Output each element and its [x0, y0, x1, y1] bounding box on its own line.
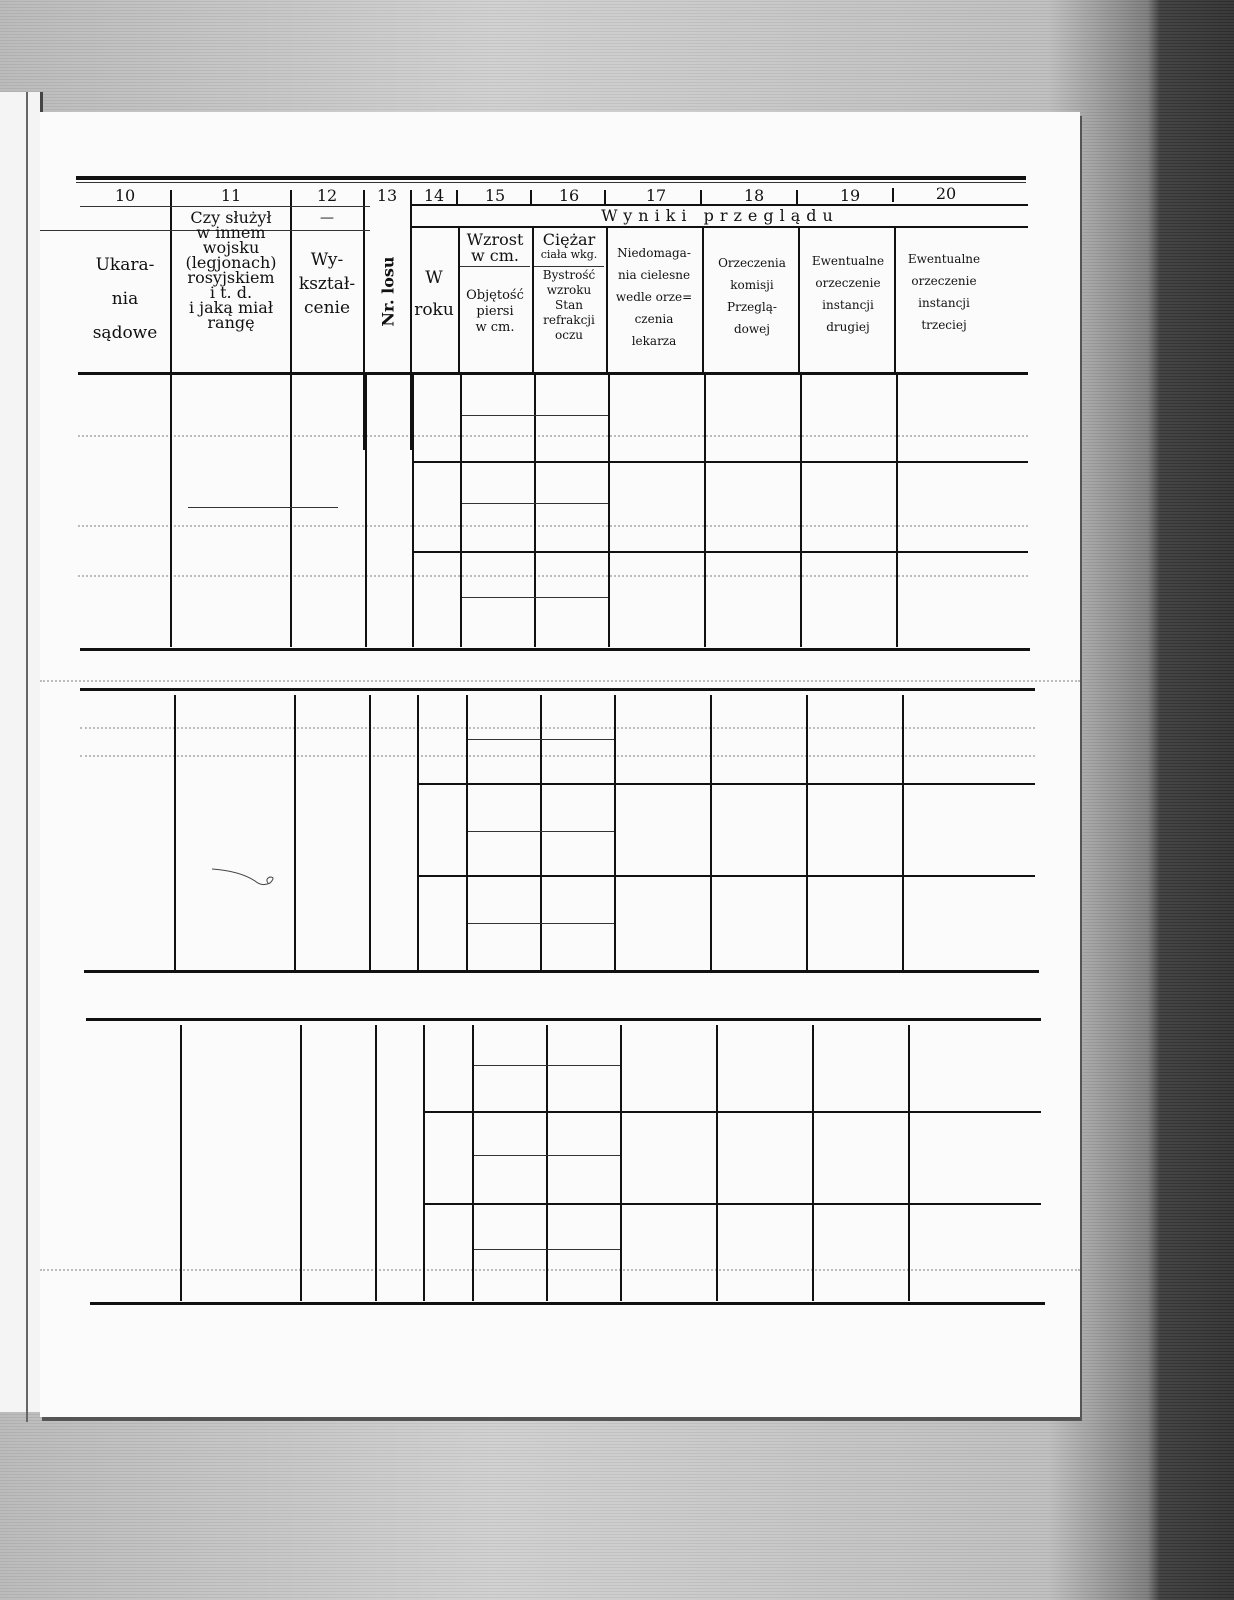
b1-sub-a	[462, 415, 608, 416]
b3-sub-a	[474, 1065, 620, 1066]
header-niedomagania: Niedomaga- nia cielesne wedle orze= czen…	[606, 242, 702, 352]
b1-dotted-3	[78, 575, 1028, 577]
b3-sub-b	[474, 1155, 620, 1156]
b3-v-14	[423, 1025, 425, 1301]
col-num-10: 10	[80, 186, 170, 205]
b2-sub-b	[468, 831, 614, 832]
num-tick-16-17	[604, 190, 606, 204]
b3-mid-1	[425, 1111, 1041, 1113]
header-line: roku	[412, 294, 456, 326]
b3-v-12	[300, 1025, 302, 1301]
header-line: w cm.	[460, 320, 530, 336]
form-page: 10 11 12 13 14 15 16 17 18 19 20 Wyniki …	[40, 112, 1080, 1417]
b2-v-15	[466, 695, 468, 973]
header-line: nia cielesne	[606, 264, 702, 286]
b2-v-20	[902, 695, 904, 973]
entry-block-1[interactable]	[78, 375, 1028, 650]
b1-v-13	[365, 375, 367, 647]
col-num-17: 17	[608, 186, 704, 205]
header-line: Ciężar	[534, 232, 604, 247]
b2-v-16	[540, 695, 542, 973]
col-num-15: 15	[460, 186, 530, 205]
b1-v-18	[704, 375, 706, 647]
gap-dotted-1	[40, 680, 1080, 682]
b1-dotted-2	[78, 525, 1028, 527]
b3-sub-c	[474, 1249, 620, 1250]
col-num-20: 20	[898, 184, 994, 203]
header-nr-losu: Nr. losu	[379, 252, 398, 332]
b1-mid-2	[414, 551, 1028, 553]
section-title-wyniki: Wyniki przeglądu	[412, 206, 1028, 225]
col-num-12: 12	[292, 186, 362, 205]
header-line: Ewentualne	[800, 250, 896, 272]
header-12-mark: —	[292, 210, 362, 226]
b3-v-18	[716, 1025, 718, 1301]
header-line: lekarza	[606, 330, 702, 352]
header-line: komisji	[704, 274, 800, 296]
header-line: sądowe	[80, 316, 170, 350]
header-line: rangę	[172, 315, 290, 330]
section-title-underline	[412, 226, 1028, 228]
col-num-11: 11	[172, 186, 290, 205]
b2-v-14	[417, 695, 419, 973]
top-rule-thin	[76, 182, 1026, 183]
entry-block-3[interactable]	[86, 1021, 1041, 1303]
header-line: trzeciej	[896, 314, 992, 336]
col-num-13: 13	[365, 186, 409, 205]
header-instancja-trzecia: Ewentualne orzeczenie instancji trzeciej	[896, 248, 992, 336]
b1-mid-1	[414, 461, 1028, 463]
hdr-sep-19-20	[894, 228, 896, 374]
header-ukarania: Ukara- nia sądowe	[80, 248, 170, 350]
hdr-sep-14-15	[458, 228, 460, 374]
b2-v-11	[174, 695, 176, 973]
header-wyksztalcenie: Wy- kształ- cenie	[292, 248, 362, 320]
header-line: Orzeczenia	[704, 252, 800, 274]
b2-sub-a	[468, 739, 614, 740]
b2-v-12	[294, 695, 296, 973]
header-orzeczenia-komisji: Orzeczenia komisji Przeglą- dowej	[704, 252, 800, 340]
col-num-14: 14	[412, 186, 456, 205]
b2-mid-1	[419, 783, 1035, 785]
header-line: drugiej	[800, 316, 896, 338]
col-num-19: 19	[802, 186, 898, 205]
header-line: Ukara-	[80, 248, 170, 282]
num-tick-15-16	[530, 190, 532, 204]
header-line: Niedomaga-	[606, 242, 702, 264]
block1-bottom-rule	[80, 648, 1030, 651]
b2-v-17	[614, 695, 616, 973]
block2-bottom-rule	[84, 970, 1039, 973]
b3-v-13	[375, 1025, 377, 1301]
header-line: wzroku	[534, 283, 604, 298]
b3-mid-2	[425, 1203, 1041, 1205]
block3-bottom-rule	[90, 1302, 1045, 1305]
b3-v-17	[620, 1025, 622, 1301]
header-line: w cm.	[460, 248, 530, 264]
b1-v-17	[608, 375, 610, 647]
header-ciezar: Ciężar ciała wkg.	[534, 232, 604, 262]
header-line: orzeczenie	[800, 272, 896, 294]
header-line: Przeglą-	[704, 296, 800, 318]
col16-divider	[534, 266, 604, 267]
header-line: dowej	[704, 318, 800, 340]
b1-sub-11	[188, 507, 338, 508]
header-line: oczu	[534, 328, 604, 343]
b3-v-15	[472, 1025, 474, 1301]
header-line: cenie	[292, 296, 362, 320]
header-line: Objętość	[460, 288, 530, 304]
header-objetosc: Objętość piersi w cm.	[460, 288, 530, 336]
header-line: orzeczenie	[896, 270, 992, 292]
b1-v-19	[800, 375, 802, 647]
num-tick-14-15	[456, 190, 458, 204]
header-line: kształ-	[292, 272, 362, 296]
b3-v-11	[180, 1025, 182, 1301]
underlying-page-edge-2	[0, 92, 28, 1422]
header-line: czenia	[606, 308, 702, 330]
b1-sub-b	[462, 503, 608, 504]
hdr-sep-17-18	[702, 228, 704, 374]
b2-dotted-2	[80, 755, 1035, 757]
num-tick-18-19	[796, 190, 798, 204]
b2-v-13	[369, 695, 371, 973]
b2-mid-2	[419, 875, 1035, 877]
top-rule	[76, 176, 1026, 180]
header-line: nia	[80, 282, 170, 316]
b2-v-18	[710, 695, 712, 973]
col15-divider	[460, 266, 530, 267]
hdr-sep-15-16	[532, 228, 534, 374]
header-line: ciała wkg.	[534, 247, 604, 262]
b3-dotted-1	[40, 1269, 1080, 1271]
header-line: Wy-	[292, 248, 362, 272]
header-line: instancji	[896, 292, 992, 314]
b1-sub-c	[462, 597, 608, 598]
header-line: Bystrość	[534, 268, 604, 283]
header-sluzyl: Czy służył w innem wojsku (legjonach) ro…	[172, 210, 290, 330]
header-line: refrakcji	[534, 313, 604, 328]
num-tick-17-18	[700, 190, 702, 204]
b1-dotted-1	[78, 435, 1028, 437]
entry-block-2[interactable]	[80, 691, 1035, 971]
b2-sub-c	[468, 923, 614, 924]
header-w-roku: W roku	[412, 262, 456, 326]
b3-v-20	[908, 1025, 910, 1301]
pencil-scribble	[210, 863, 290, 893]
num-underline-left	[80, 206, 370, 207]
header-bystrosc: Bystrość wzroku Stan refrakcji oczu	[534, 268, 604, 343]
b2-dotted-1	[80, 727, 1035, 729]
header-line: instancji	[800, 294, 896, 316]
header-line: piersi	[460, 304, 530, 320]
header-line: wedle orze=	[606, 286, 702, 308]
header-line: W	[412, 262, 456, 294]
hdr-sep-16-17	[606, 228, 608, 374]
b1-v-14	[412, 375, 414, 647]
b1-v-11	[170, 375, 172, 647]
b3-v-19	[812, 1025, 814, 1301]
header-wzrost: Wzrost w cm.	[460, 232, 530, 264]
header-line: Stan	[534, 298, 604, 313]
b2-v-19	[806, 695, 808, 973]
b1-v-20	[896, 375, 898, 647]
header-line: Ewentualne	[896, 248, 992, 270]
b1-v-12	[290, 375, 292, 647]
num-tick-19-20	[892, 188, 894, 202]
col-num-16: 16	[534, 186, 604, 205]
b3-v-16	[546, 1025, 548, 1301]
header-instancja-druga: Ewentualne orzeczenie instancji drugiej	[800, 250, 896, 338]
col-num-18: 18	[706, 186, 802, 205]
hdr-sep-18-19	[798, 228, 800, 374]
